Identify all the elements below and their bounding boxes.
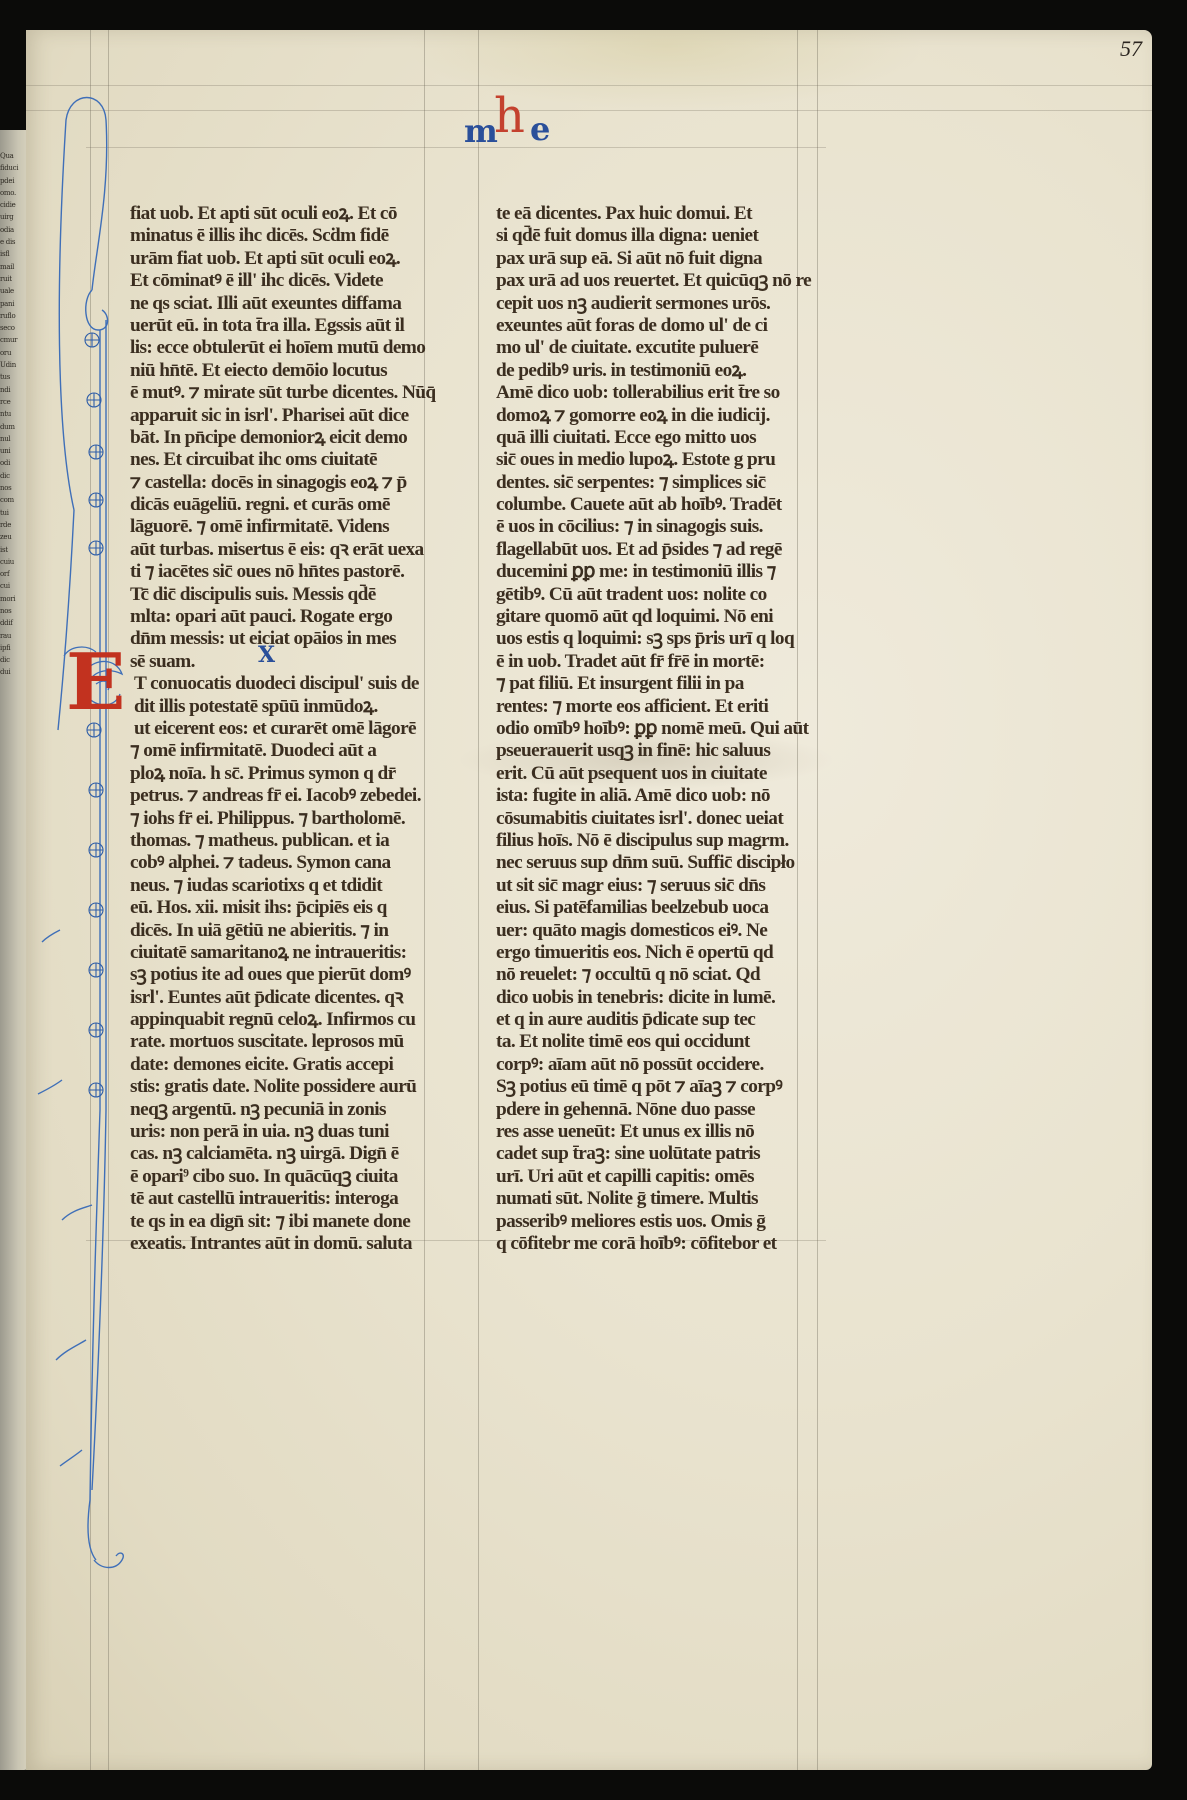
text-line: domoꝝ ⁊ gomorre eoꝝ in die iudicij. (496, 405, 826, 427)
text-line: uerūt eū. in tota t̄ra illa. Egssis aūt … (130, 315, 452, 337)
text-line: quā illi ciuitati. Ecce ego mitto uos (496, 427, 826, 449)
text-line: nos (0, 605, 26, 617)
text-line: oru (0, 347, 26, 359)
text-line: ut eicerent eos: et curarēt omē lāgorē (130, 718, 452, 740)
text-line: odi (0, 457, 26, 469)
running-head-letter: h (494, 88, 525, 144)
text-line: ut sit sic̄ magr eius: ⁊ seruus sic̄ dn̄… (496, 875, 826, 897)
text-line: et q in aure auditis p̄dicate sup tec (496, 1009, 826, 1031)
text-line: ntu (0, 408, 26, 420)
text-line: dic (0, 654, 26, 666)
text-line: si qd̄ē fuit domus illa digna: ueniet (496, 225, 826, 247)
text-line: cuiu (0, 556, 26, 568)
text-line: uer: quāto magis domesticos eiꝰ. Ne (496, 920, 826, 942)
text-line: seco (0, 322, 26, 334)
running-head-letter: e (530, 110, 550, 148)
text-line: rate. mortuos suscitate. leprosos mū (130, 1031, 452, 1053)
text-line: dic (0, 470, 26, 482)
ruling-line (86, 147, 826, 148)
text-line: cōsumabitis ciuitates isrl'. donec ueiat (496, 808, 826, 830)
text-line: cadet sup t̄raꝫ: sine uolūtate patris (496, 1143, 826, 1165)
text-line: cobꝰ alphei. ⁊ tadeus. Symon cana (130, 852, 452, 874)
text-line: niū hn̄tē. Et eiecto demōio locutus (130, 360, 452, 382)
text-line: Qua (0, 150, 26, 162)
text-line: isfl (0, 248, 26, 260)
text-line: exeuntes aūt foras de domo ul' de ci (496, 315, 826, 337)
text-line: appinquabit regnū celoꝝ. Infirmos cu (130, 1009, 452, 1031)
text-line: pseuerauerit usqꝫ in finē: hic saluus (496, 740, 826, 762)
text-line: nec seruus sup dn̄m suū. Suffic̄ discipł… (496, 852, 826, 874)
text-line: flagellabūt uos. Et ad p̄sides ⁊ ad regē (496, 539, 826, 561)
text-line: eū. Hos. xii. misit ihs: p̄cipiēs eis q (130, 897, 452, 919)
text-line: uni (0, 445, 26, 457)
text-line: urām fiat uob. Et apti sūt oculi eoꝝ. (130, 248, 452, 270)
text-line: uale (0, 285, 26, 297)
text-line: ducemini ꝑꝑ me: in testimoniū illis ⁊ (496, 561, 826, 583)
text-line: corpꝰ: aīam aūt nō possūt occidere. (496, 1054, 826, 1076)
text-line: fiat uob. Et apti sūt oculi eoꝝ. Et cō (130, 203, 452, 225)
text-line: minatus ē illis ihc dicēs. Scḋm fidē (130, 225, 452, 247)
text-line: sꝫ potius ite ad oues que pierūt domꝰ (130, 964, 452, 986)
text-line: uos estis q loquimi: sꝫ sps p̄ris urī q … (496, 628, 826, 650)
text-line: ddif (0, 617, 26, 629)
text-line: exeatis. Intrantes aūt in domū. saluta (130, 1233, 452, 1255)
text-line: T conuocatis duodeci discipul' suis de (130, 673, 452, 695)
text-line: te qs in ea dign̄ sit: ⁊ ibi manete done (130, 1211, 452, 1233)
text-line: isrl'. Euntes aūt p̄dicate dicentes. qꝛ (130, 987, 452, 1009)
text-line: lāguorē. ⁊ omē infirmitatē. Videns (130, 516, 452, 538)
text-line: dui (0, 666, 26, 678)
text-line: ē mutꝰ. ⁊ mirate sūt turbe dicentes. Nūq… (130, 382, 452, 404)
text-line: gētibꝰ. Cū aūt tradent uos: nolite co (496, 584, 826, 606)
ruling-line (26, 85, 1152, 86)
ruling-line (478, 30, 479, 1770)
text-line: zeu (0, 531, 26, 543)
text-line: dit illis potestatē spūū inmūdoꝝ. (130, 696, 452, 718)
text-line: apparuit sic in isrl'. Pharisei aūt dice (130, 405, 452, 427)
text-line: mail (0, 261, 26, 273)
text-line: ta. Et nolite timē eos qui occidunt (496, 1031, 826, 1053)
manuscript-folio: 57 m h e (26, 30, 1152, 1770)
text-line: cui (0, 580, 26, 592)
text-line: gitare quomō aūt qd loquimi. Nō eni (496, 606, 826, 628)
text-line: dentes. sic̄ serpentes: ⁊ simplices sic̄ (496, 472, 826, 494)
text-line: columbe. Cauete aūt ab hoībꝰ. Tradēt (496, 494, 826, 516)
text-line: pdere in gehennā. Nōne duo passe (496, 1099, 826, 1121)
text-line: urī. Uri aūt et capilli capitis: omēs (496, 1166, 826, 1188)
text-line: ne qs sciat. Illi aūt exeuntes diffama (130, 293, 452, 315)
text-line: dum (0, 421, 26, 433)
text-line: ista: fugite in aliā. Amē dico uob: nō (496, 785, 826, 807)
text-line: tui (0, 507, 26, 519)
text-line: pani (0, 298, 26, 310)
text-line: Udin (0, 359, 26, 371)
text-line: ē uos in cōcilius: ⁊ in sinagogis suis. (496, 516, 826, 538)
text-line: res asse ueneūt: Et unus ex illis nō (496, 1121, 826, 1143)
text-line: ploꝝ noīa. h sc̄. Primus symon q dr̄ (130, 763, 452, 785)
text-line: ē in uob. Tradet aūt fr̄ fr̄ē in mortē: (496, 651, 826, 673)
text-line: rau (0, 630, 26, 642)
text-line: lis: ecce obtulerūt ei hoīem mutū demo (130, 337, 452, 359)
text-line: ruit (0, 273, 26, 285)
text-line: dicās euāgeliū. regni. et curās omē (130, 494, 452, 516)
text-line: rde (0, 519, 26, 531)
text-line: odio omībꝰ hoībꝰ: ꝑꝑ nomē meū. Qui aūt (496, 718, 826, 740)
text-line: dico uobis in tenebris: dicite in lumē. (496, 987, 826, 1009)
text-line: filius hoīs. Nō ē discipulus sup magrm. (496, 830, 826, 852)
text-line: thomas. ⁊ matheus. publican. et ia (130, 830, 452, 852)
text-line: uirg (0, 211, 26, 223)
text-line: cmur (0, 334, 26, 346)
text-column-left: fiat uob. Et apti sūt oculi eoꝝ. Et cōmi… (130, 203, 452, 1255)
decorated-initial: E (66, 650, 134, 726)
text-line: ipfi (0, 642, 26, 654)
text-line: pax urā ad uos reuertet. Et quicūqꝫ nō r… (496, 270, 826, 292)
text-line: Amē dico uob: tollerabilius erit t̄re so (496, 382, 826, 404)
text-line: dicēs. In uiā gētiū ne abieritis. ⁊ in (130, 920, 452, 942)
text-line: uris: non perā in uia. nꝫ duas tuni (130, 1121, 452, 1143)
text-line: ergo timueritis eos. Nich ē opertū qd (496, 942, 826, 964)
previous-page-text: Quafiducipdeiomo.cidieuirgodiae disisflm… (0, 150, 26, 1230)
text-line: dn̄m messis: ut eiciat opāios in mes (130, 628, 452, 650)
text-line: sē suam. (130, 651, 452, 673)
text-line: neus. ⁊ iudas scariotixs q et tdidit (130, 875, 452, 897)
text-line: cidie (0, 199, 26, 211)
initial-letter: E (66, 644, 125, 722)
text-line: ē opari⁹ cibo suo. In quācūqꝫ ciuita (130, 1166, 452, 1188)
text-line: e dis (0, 236, 26, 248)
text-line: cas. nꝫ calciamēta. nꝫ uirgā. Dign̄ ē (130, 1143, 452, 1165)
text-line: mori (0, 593, 26, 605)
text-line: passeribꝰ meliores estis uos. Omis ḡ (496, 1211, 826, 1233)
text-line: pdei (0, 175, 26, 187)
text-line: com (0, 494, 26, 506)
text-line: tus (0, 371, 26, 383)
text-line: neqꝫ argentū. nꝫ pecuniā in zonis (130, 1099, 452, 1121)
text-column-right: te eā dicentes. Pax huic domui. Etsi qd̄… (496, 203, 826, 1255)
text-line: cepit uos nꝫ audierit sermones urōs. (496, 293, 826, 315)
pen-flourish-decoration (26, 30, 136, 1770)
text-line: eius. Si patēfamilias beelzebub uoca (496, 897, 826, 919)
text-line: aūt turbas. misertus ē eis: qꝛ erāt uexa (130, 539, 452, 561)
text-line: ciuitatē samaritanoꝝ ne intraueritis: (130, 942, 452, 964)
text-line: tē aut castellū intraueritis: interoga (130, 1188, 452, 1210)
running-head: m h e (464, 92, 604, 182)
text-line: ruflo (0, 310, 26, 322)
text-line: stis: gratis date. Nolite possidere aurū (130, 1076, 452, 1098)
text-line: ⁊ omē infirmitatē. Duodeci aūt a (130, 740, 452, 762)
text-line: ndi (0, 384, 26, 396)
text-line: erit. Cū aūt psequent uos in ciuitate (496, 763, 826, 785)
text-line: rentes: ⁊ morte eos afficient. Et eriti (496, 696, 826, 718)
text-line: ist (0, 544, 26, 556)
text-line: nō reuelet: ⁊ occultū q nō sciat. Qd (496, 964, 826, 986)
text-line: omo. (0, 187, 26, 199)
text-line: mo ul' de ciuitate. excutite puluerē (496, 337, 826, 359)
text-line: fiduci (0, 162, 26, 174)
text-line: te eā dicentes. Pax huic domui. Et (496, 203, 826, 225)
text-line: Sꝫ potius eū timē q pōt ⁊ aīaꝫ ⁊ corpꝰ (496, 1076, 826, 1098)
text-line: ⁊ iohs fr̄ ei. Philippus. ⁊ bartholomē. (130, 808, 452, 830)
text-line: pax urā sup eā. Si aūt nō fuit digna (496, 248, 826, 270)
text-line: petrus. ⁊ andreas fr̄ ei. Iacobꝰ zebedei… (130, 785, 452, 807)
folio-number: 57 (1120, 36, 1142, 62)
text-line: odia (0, 224, 26, 236)
text-line: Et cōminatꝰ ē ill' ihc dicēs. Videte (130, 270, 452, 292)
text-line: ⁊ pat filiū. Et insurgent filii in pa (496, 673, 826, 695)
text-line: orf (0, 568, 26, 580)
text-line: nos (0, 482, 26, 494)
text-line: ti ⁊ iacētes sic̄ oues nō hn̄tes pastorē… (130, 561, 452, 583)
text-line: bāt. In pn̄cipe demoniorꝝ eicit demo (130, 427, 452, 449)
text-line: de pedibꝰ uris. in testimoniū eoꝝ. (496, 360, 826, 382)
text-line: date: demones eicite. Gratis accepi (130, 1054, 452, 1076)
text-line: mlta: opari aūt pauci. Rogate ergo (130, 606, 452, 628)
text-line: q cōfitebr me corā hoībꝰ: cōfitebor et (496, 1233, 826, 1255)
text-line: nul (0, 433, 26, 445)
text-line: sic̄ oues in medio lupoꝝ. Estote g pru (496, 449, 826, 471)
running-head-letter: m (464, 112, 498, 150)
text-line: numati sūt. Nolite ḡ timere. Multis (496, 1188, 826, 1210)
text-line: Tc̄ dic̄ discipulis suis. Messis qd̄ē (130, 584, 452, 606)
text-line: nes. Et circuibat ihc oms ciuitatē (130, 449, 452, 471)
text-line: rce (0, 396, 26, 408)
text-line: ⁊ castella: docēs in sinagogis eoꝝ ⁊ p̄ (130, 472, 452, 494)
